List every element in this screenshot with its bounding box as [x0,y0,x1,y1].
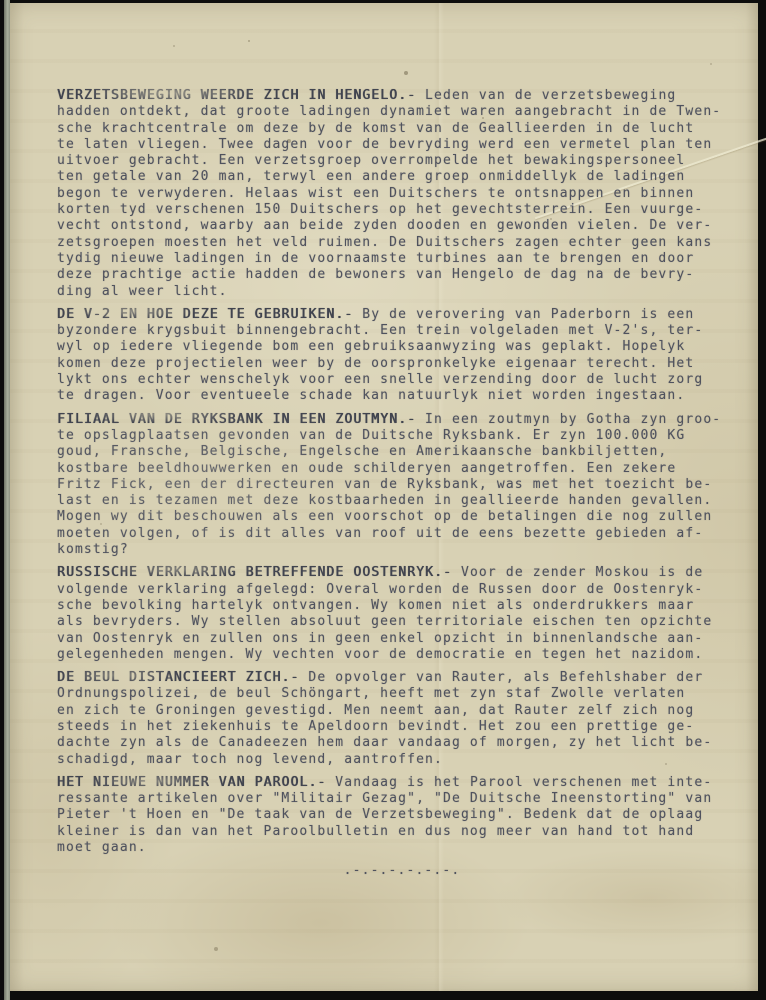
article-paragraph: DE BEUL DISTANCIEERT ZICH.- De opvolger … [57,670,747,768]
article-title: HET NIEUWE NUMMER VAN PAROOL.- [57,775,326,790]
typed-divider: .-.-.-.-.-.-. [57,863,747,879]
article-paragraph: VERZETSBEWEGING WEERDE ZICH IN HENGELO.-… [57,88,747,300]
article-body: In een zoutmyn by Gotha zyn groo- te ops… [57,412,721,557]
article-title: DE BEUL DISTANCIEERT ZICH.- [57,670,299,685]
article-title: DE V-2 EN HOE DEZE TE GEBRUIKEN.- [57,307,353,322]
article-body: Leden van de verzetsbeweging hadden ontd… [57,88,721,299]
article-paragraph: HET NIEUWE NUMMER VAN PAROOL.- Vandaag i… [57,775,747,856]
typed-text-block: VERZETSBEWEGING WEERDE ZICH IN HENGELO.-… [57,88,747,880]
scan-background: VERZETSBEWEGING WEERDE ZICH IN HENGELO.-… [0,0,766,1000]
article-title: FILIAAL VAN DE RYKSBANK IN EEN ZOUTMYN.- [57,412,416,427]
paper-dust-specks [10,3,12,5]
article-paragraph: DE V-2 EN HOE DEZE TE GEBRUIKEN.- By de … [57,307,747,405]
document-page: VERZETSBEWEGING WEERDE ZICH IN HENGELO.-… [10,3,758,991]
article-title: VERZETSBEWEGING WEERDE ZICH IN HENGELO.- [57,88,416,103]
article-title: RUSSISCHE VERKLARING BETREFFENDE OOSTENR… [57,565,452,580]
article-paragraph: RUSSISCHE VERKLARING BETREFFENDE OOSTENR… [57,565,747,663]
article-paragraph: FILIAAL VAN DE RYKSBANK IN EEN ZOUTMYN.-… [57,412,747,559]
